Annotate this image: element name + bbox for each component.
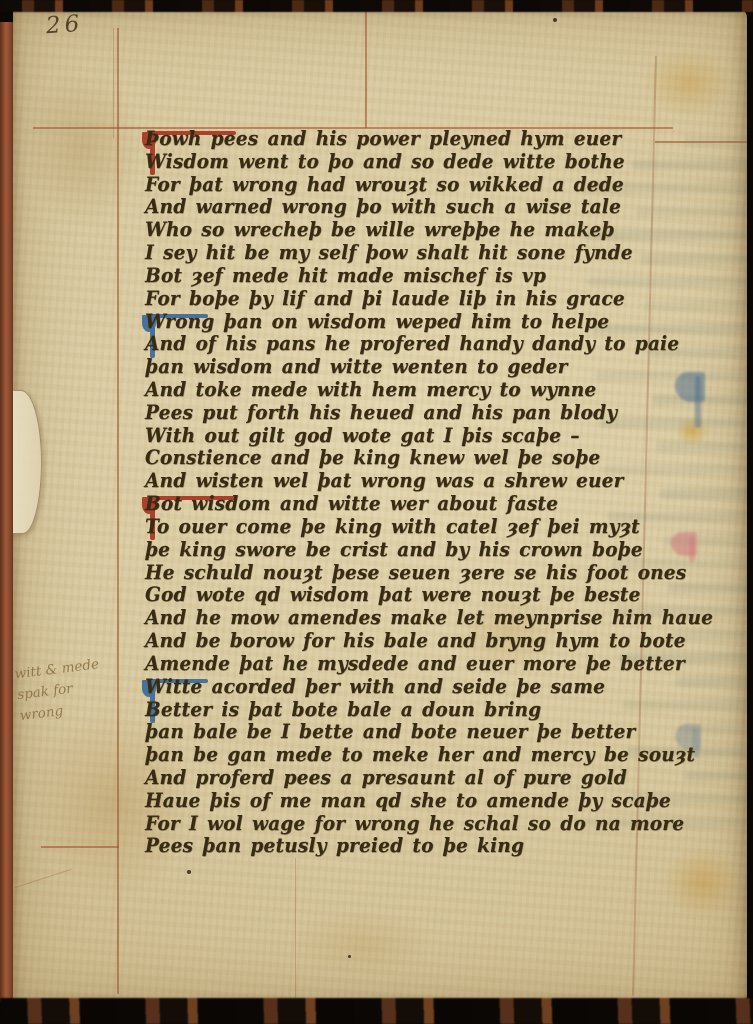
manuscript-line-text: God wote qd wisdom þat were nouȝt þe bes…: [145, 584, 641, 608]
manuscript-line-text: Bot wisdom and witte wer about faste: [145, 493, 558, 517]
binding-top-edge: [0, 0, 753, 12]
manuscript-line-text: Witte acorded þer with and seide þe same: [145, 675, 605, 699]
manuscript-line-text: Wisdom went to þo and so dede witte both…: [145, 150, 625, 174]
binding-bottom-edge: [0, 998, 753, 1024]
manuscript-line: þan be gan mede to meke her and mercy be…: [145, 744, 695, 767]
ruling-bottom-horizontal-left: [41, 846, 119, 848]
manuscript-line: And wisten wel þat wrong was a shrew eue…: [145, 470, 624, 493]
manuscript-line-text: And toke mede with hem mercy to wynne: [145, 379, 596, 403]
manuscript-line-text: And of his pans he profered handy dandy …: [145, 333, 679, 357]
manuscript-line-text: And warned wrong þo with such a wise tal…: [145, 196, 621, 220]
manuscript-line: Pees þan petusly preied to þe king: [145, 835, 524, 858]
manuscript-line: And toke mede with hem mercy to wynne: [145, 379, 596, 402]
manuscript-line: þan bale be I bette and bote neuer þe be…: [145, 721, 635, 744]
manuscript-line-text: And proferd pees a presaunt al of pure g…: [145, 766, 627, 790]
manuscript-line: Haue þis of me man qd she to amende þy s…: [145, 790, 671, 813]
manuscript-line: Bot wisdom and witte wer about faste: [145, 493, 558, 516]
manuscript-line-text: To ouer come þe king with catel ȝef þei …: [145, 515, 640, 539]
manuscript-line-text: For I wol wage for wrong he schal so do …: [145, 812, 684, 836]
manuscript-line: For I wol wage for wrong he schal so do …: [145, 813, 684, 836]
manuscript-line-text: Who so wrecheþ be wille wreþþe he makeþ: [145, 219, 614, 243]
manuscript-line: For boþe þy lif and þi laude liþ in his …: [145, 288, 625, 311]
manuscript-line: þan wisdom and witte wenten to geder: [145, 356, 568, 379]
manuscript-line: And of his pans he profered handy dandy …: [145, 333, 679, 356]
manuscript-line-text: þan wisdom and witte wenten to geder: [145, 356, 568, 380]
ink-speck: [553, 18, 557, 22]
manuscript-line-text: Bot ȝef mede hit made mischef is vp: [145, 264, 546, 288]
manuscript-line: I sey hit be my self þow shalt hit sone …: [145, 242, 633, 265]
photo-background: 26 Þowh pees and his power pleyned hym e…: [0, 0, 753, 1024]
manuscript-line-text: For boþe þy lif and þi laude liþ in his …: [145, 287, 625, 311]
manuscript-line: For þat wrong had wrouȝt so wikked a ded…: [145, 174, 624, 197]
ink-speck: [348, 955, 351, 958]
manuscript-line: He schuld nouȝt þese seuen ȝere se his f…: [145, 562, 686, 585]
manuscript-line-text: Amende þat he mysdede and euer more þe b…: [145, 652, 685, 676]
manuscript-line: Wisdom went to þo and so dede witte both…: [145, 151, 625, 174]
text-block: Þowh pees and his power pleyned hym euer…: [117, 128, 697, 874]
manuscript-line-text: He schuld nouȝt þese seuen ȝere se his f…: [145, 561, 686, 585]
manuscript-page: 26 Þowh pees and his power pleyned hym e…: [13, 8, 747, 1004]
manuscript-line: To ouer come þe king with catel ȝef þei …: [145, 516, 640, 539]
manuscript-line-text: And be borow for his bale and bryng hym …: [145, 630, 686, 654]
manuscript-line-text: þan be gan mede to meke her and mercy be…: [145, 744, 695, 768]
manuscript-line: Þowh pees and his power pleyned hym euer: [145, 128, 621, 151]
manuscript-line-text: Pees þan petusly preied to þe king: [145, 835, 524, 859]
manuscript-line: And he mow amendes make let meynprise hi…: [145, 607, 713, 630]
manuscript-line: And warned wrong þo with such a wise tal…: [145, 196, 621, 219]
manuscript-line: God wote qd wisdom þat were nouȝt þe bes…: [145, 584, 641, 607]
manuscript-line-text: Wrong þan on wisdom weped him to helpe: [145, 310, 609, 334]
manuscript-line: Who so wrecheþ be wille wreþþe he makeþ: [145, 219, 614, 242]
manuscript-line-text: Better is þat bote bale a doun bring: [145, 698, 541, 722]
manuscript-line: And proferd pees a presaunt al of pure g…: [145, 767, 627, 790]
marginal-note: witt & mede spak for wrong: [14, 652, 125, 727]
manuscript-line-text: And wisten wel þat wrong was a shrew eue…: [145, 470, 624, 494]
manuscript-line: Bot ȝef mede hit made mischef is vp: [145, 265, 546, 288]
manuscript-line: And be borow for his bale and bryng hym …: [145, 630, 686, 653]
crease-bottom: [295, 858, 296, 998]
manuscript-line-text: With out gilt god wote gat I þis scaþe –: [145, 424, 580, 448]
manuscript-line-text: Þowh pees and his power pleyned hym euer: [145, 128, 621, 152]
manuscript-line-text: Constience and þe king knew wel þe soþe: [145, 447, 600, 471]
manuscript-line-text: þan bale be I bette and bote neuer þe be…: [145, 721, 635, 745]
folio-number: 26: [45, 11, 84, 40]
manuscript-line: Constience and þe king knew wel þe soþe: [145, 447, 600, 470]
manuscript-line: Wrong þan on wisdom weped him to helpe: [145, 311, 609, 334]
manuscript-line: þe king swore be crist and by his crown …: [145, 539, 643, 562]
manuscript-line: Witte acorded þer with and seide þe same: [145, 676, 605, 699]
manuscript-line-text: For þat wrong had wrouȝt so wikked a ded…: [145, 173, 624, 197]
manuscript-line: Pees put forth his heued and his pan blo…: [145, 402, 617, 425]
manuscript-line-text: Haue þis of me man qd she to amende þy s…: [145, 789, 671, 813]
manuscript-line: Amende þat he mysdede and euer more þe b…: [145, 653, 685, 676]
manuscript-line-text: þe king swore be crist and by his crown …: [145, 538, 643, 562]
manuscript-line-text: I sey hit be my self þow shalt hit sone …: [145, 242, 633, 266]
ruling-left-vertical-double: [113, 28, 114, 138]
manuscript-line-text: Pees put forth his heued and his pan blo…: [145, 401, 617, 425]
manuscript-line: With out gilt god wote gat I þis scaþe –: [145, 425, 580, 448]
manuscript-line: Better is þat bote bale a doun bring: [145, 699, 541, 722]
ruling-second-vertical-top: [365, 8, 367, 128]
manuscript-line-text: And he mow amendes make let meynprise hi…: [145, 607, 713, 631]
